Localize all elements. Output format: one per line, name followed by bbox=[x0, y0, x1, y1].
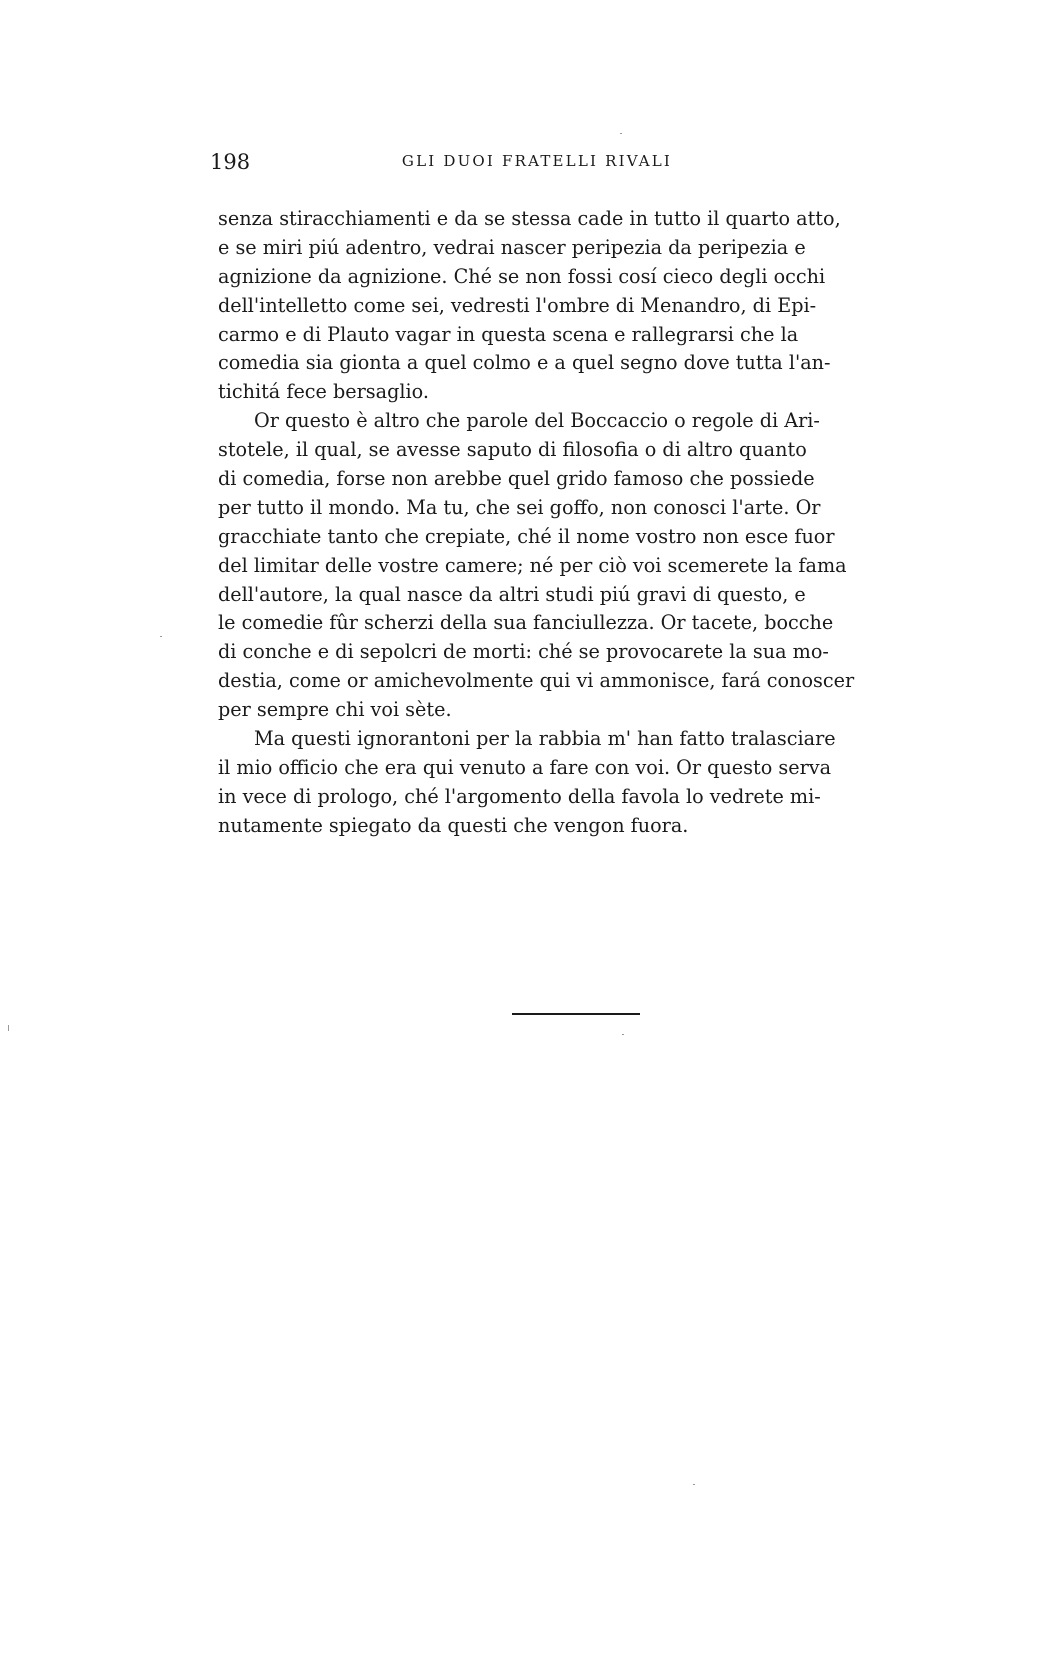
scan-speck bbox=[620, 133, 622, 134]
text-line: del limitar delle vostre camere; né per … bbox=[218, 552, 726, 581]
text-line: il mio officio che era qui venuto a fare… bbox=[218, 754, 726, 783]
text-line: di comedia, forse non arebbe quel grido … bbox=[218, 465, 726, 494]
text-line: agnizione da agnizione. Ché se non fossi… bbox=[218, 263, 726, 292]
paragraph-1: senza stiracchiamenti e da se stessa cad… bbox=[218, 205, 726, 407]
text-line: le comedie fûr scherzi della sua fanciul… bbox=[218, 609, 726, 638]
scan-speck bbox=[8, 1025, 9, 1031]
text-line: nutamente spiegato da questi che vengon … bbox=[218, 812, 726, 841]
text-line: stotele, il qual, se avesse saputo di fi… bbox=[218, 436, 726, 465]
text-line: per sempre chi voi sète. bbox=[218, 696, 726, 725]
text-line: tichitá fece bersaglio. bbox=[218, 378, 726, 407]
scan-speck bbox=[693, 1484, 695, 1485]
paragraph-3: Ma questi ignorantoni per la rabbia m' h… bbox=[218, 725, 726, 841]
text-line: gracchiate tanto che crepiate, ché il no… bbox=[218, 523, 726, 552]
text-line: comedia sia gionta a quel colmo e a quel… bbox=[218, 349, 726, 378]
running-title: GLI DUOI FRATELLI RIVALI bbox=[0, 152, 1052, 170]
text-line: carmo e di Plauto vagar in questa scena … bbox=[218, 321, 726, 350]
text-line: destia, come or amichevolmente qui vi am… bbox=[218, 667, 726, 696]
scan-speck bbox=[622, 1034, 624, 1035]
paragraph-2: Or questo è altro che parole del Boccacc… bbox=[218, 407, 726, 725]
text-line: dell'autore, la qual nasce da altri stud… bbox=[218, 581, 726, 610]
text-line: dell'intelletto come sei, vedresti l'omb… bbox=[218, 292, 726, 321]
text-line: Or questo è altro che parole del Boccacc… bbox=[218, 407, 726, 436]
end-rule bbox=[512, 1013, 640, 1015]
text-line: in vece di prologo, ché l'argomento dell… bbox=[218, 783, 726, 812]
text-line: senza stiracchiamenti e da se stessa cad… bbox=[218, 205, 726, 234]
scan-speck bbox=[160, 636, 162, 637]
text-line: di conche e di sepolcri de morti: ché se… bbox=[218, 638, 726, 667]
body-text: senza stiracchiamenti e da se stessa cad… bbox=[218, 205, 726, 841]
text-line: per tutto il mondo. Ma tu, che sei goffo… bbox=[218, 494, 726, 523]
text-line: Ma questi ignorantoni per la rabbia m' h… bbox=[218, 725, 726, 754]
text-line: e se miri piú adentro, vedrai nascer per… bbox=[218, 234, 726, 263]
